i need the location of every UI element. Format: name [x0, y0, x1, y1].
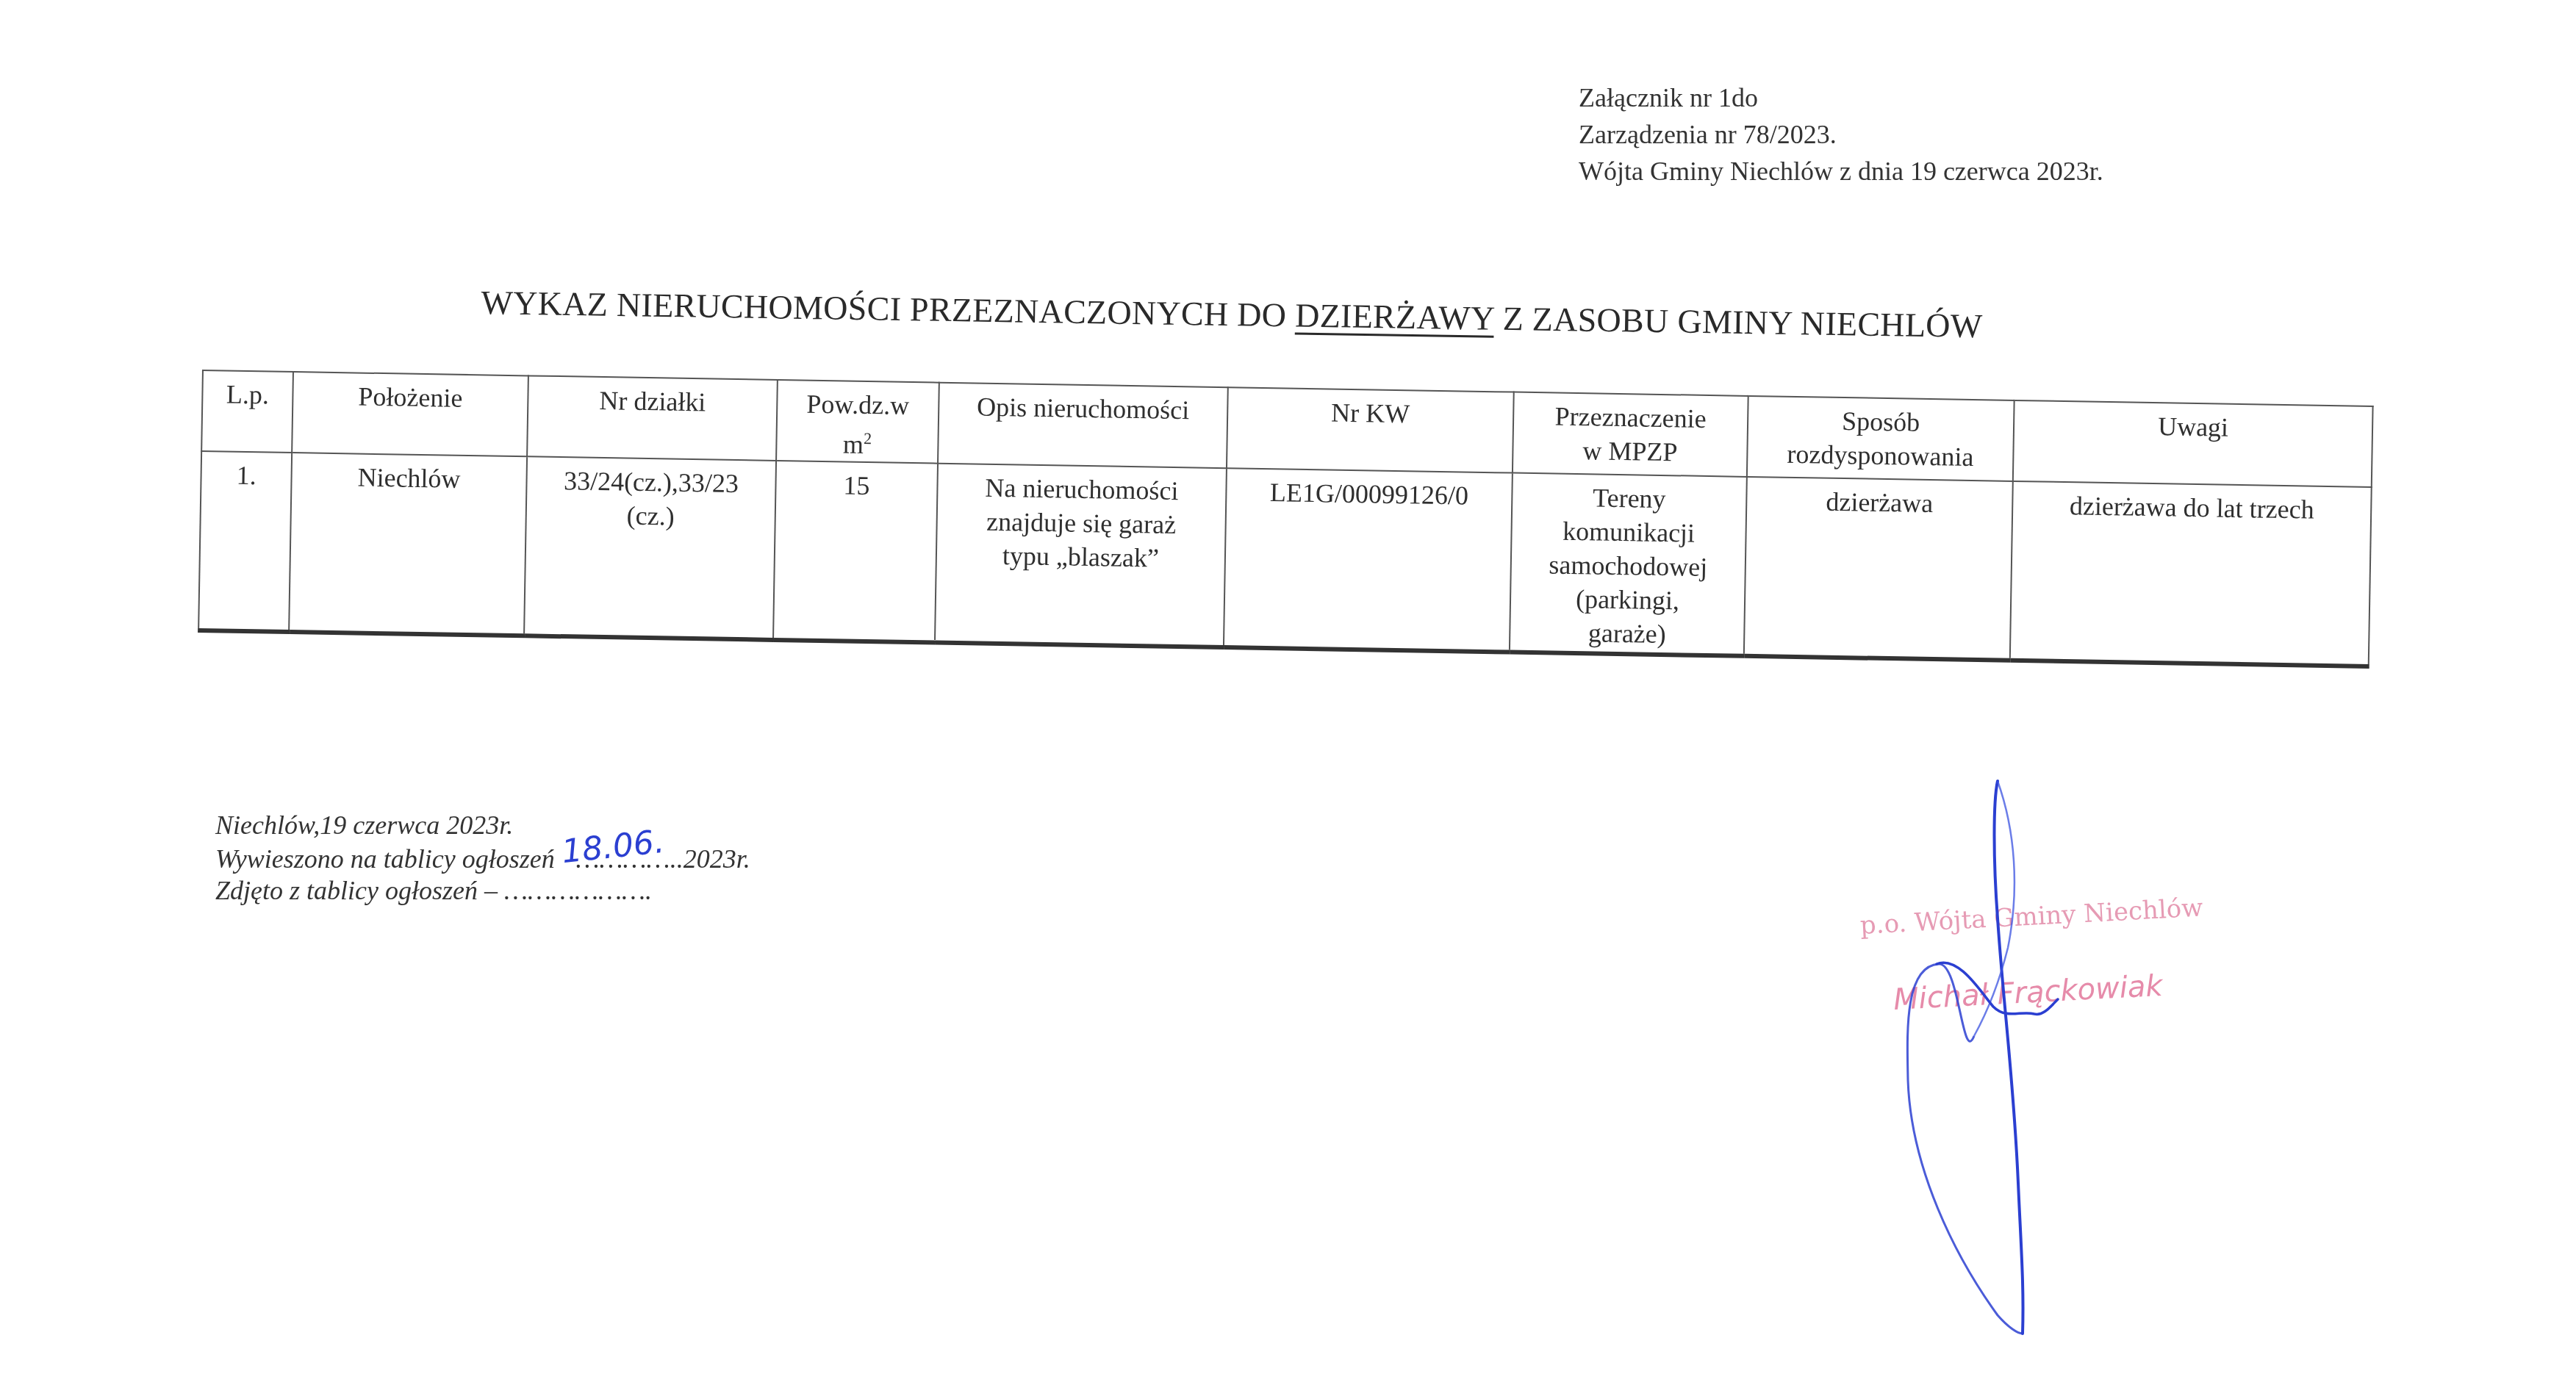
- annex-line-3: Wójta Gminy Niechlów z dnia 19 czerwca 2…: [1579, 153, 2103, 190]
- cell-sposob: dzierżawa: [1744, 477, 2013, 661]
- property-table: L.p. Położenie Nr działki Pow.dz.w m2 Op…: [198, 370, 2374, 669]
- footer-place-date: Niechlów,19 czerwca 2023r.: [215, 810, 750, 841]
- handwritten-date: 18.06.: [560, 826, 666, 868]
- title-after: Z ZASOBU GMINY NIECHLÓW: [1493, 300, 1983, 345]
- cell-powierzchnia: 15: [773, 461, 938, 643]
- cell-uwagi: dzierżawa do lat trzech: [2010, 481, 2372, 666]
- cell-opis-line2: znajduje się garaż: [941, 504, 1221, 542]
- header-opis: Opis nieruchomości: [938, 383, 1228, 469]
- document-title: WYKAZ NIERUCHOMOŚCI PRZEZNACZONYCH DO DZ…: [481, 283, 1983, 345]
- footer-posted-line: Wywieszono na tablicy ogłoszeń 18.06.…………: [215, 841, 750, 875]
- header-pow-unit: m2: [781, 420, 933, 462]
- header-przeznaczenie: Przeznaczenie w MPZP: [1513, 392, 1748, 477]
- signature-icon: [1801, 771, 2242, 1359]
- cell-przeznaczenie-line3: samochodowej: [1515, 547, 1740, 585]
- cell-nr-dzialki-line2: (cz.): [531, 497, 770, 534]
- title-before: WYKAZ NIERUCHOMOŚCI PRZEZNACZONYCH DO: [481, 284, 1295, 334]
- header-sposob: Sposób rozdysponowania: [1747, 396, 2014, 481]
- header-przeznaczenie-line2: w MPZP: [1518, 433, 1743, 470]
- cell-lp: 1.: [198, 451, 292, 632]
- header-nr-kw: Nr KW: [1227, 387, 1514, 472]
- footer-removed-line: Zdjęto z tablicy ogłoszeń – ……………….: [215, 875, 750, 907]
- cell-przeznaczenie-line5: garaże): [1515, 615, 1740, 652]
- footer-posted-label: Wywieszono na tablicy ogłoszeń: [215, 844, 562, 874]
- cell-polozenie: Niechlów: [289, 453, 527, 636]
- cell-przeznaczenie-line2: komunikacji: [1516, 514, 1741, 551]
- cell-przeznaczenie-line4: (parkingi,: [1515, 581, 1740, 619]
- cell-przeznaczenie: Tereny komunikacji samochodowej (parking…: [1510, 473, 1747, 656]
- header-sposob-line1: Sposób: [1753, 403, 2009, 441]
- pow-exponent: 2: [864, 429, 872, 447]
- annex-reference: Załącznik nr 1do Zarządzenia nr 78/2023.…: [1579, 79, 2103, 190]
- cell-opis-line3: typu „blaszak”: [941, 538, 1221, 576]
- cell-opis: Na nieruchomości znajduje się garaż typu…: [935, 464, 1227, 647]
- cell-nr-dzialki: 33/24(cz.),33/23 (cz.): [524, 456, 776, 640]
- table-row: 1. Niechlów 33/24(cz.),33/23 (cz.) 15 Na…: [198, 451, 2372, 666]
- cell-przeznaczenie-line1: Tereny: [1517, 480, 1742, 517]
- header-przeznaczenie-line1: Przeznaczenie: [1518, 399, 1743, 436]
- header-lp: L.p.: [201, 370, 293, 453]
- header-powierzchnia: Pow.dz.w m2: [776, 380, 939, 464]
- property-table-wrapper: L.p. Położenie Nr działki Pow.dz.w m2 Op…: [198, 370, 2372, 669]
- header-nr-dzialki: Nr działki: [527, 375, 778, 461]
- posting-footer: Niechlów,19 czerwca 2023r. Wywieszono na…: [215, 810, 750, 907]
- cell-nr-dzialki-line1: 33/24(cz.),33/23: [531, 463, 771, 500]
- pow-unit: m: [843, 429, 864, 458]
- annex-line-1: Załącznik nr 1do: [1579, 79, 2103, 116]
- header-polozenie: Położenie: [292, 372, 528, 456]
- cell-opis-line1: Na nieruchomości: [942, 470, 1221, 508]
- header-uwagi: Uwagi: [2013, 400, 2373, 487]
- title-underlined: DZIERŻAWY: [1295, 296, 1494, 337]
- annex-line-2: Zarządzenia nr 78/2023.: [1579, 116, 2103, 153]
- cell-nr-kw: LE1G/00099126/0: [1224, 468, 1513, 652]
- header-sposob-line2: rozdysponowania: [1752, 436, 2009, 475]
- header-pow-line1: Pow.dz.w: [782, 386, 934, 422]
